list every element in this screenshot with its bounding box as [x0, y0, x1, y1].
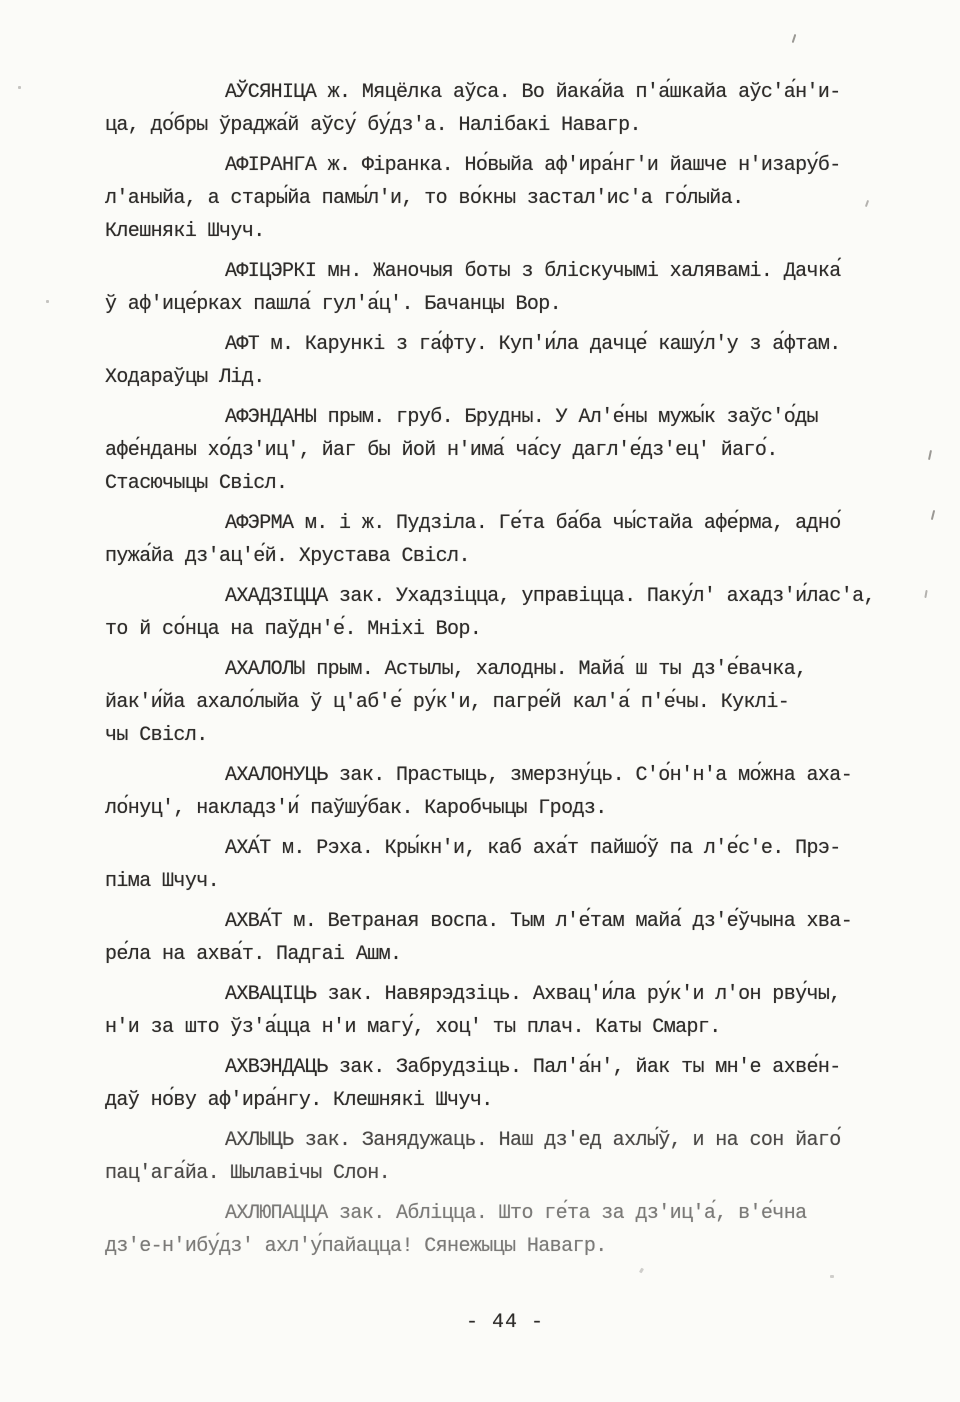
dictionary-entry-aft: АФТ м. Карункі з га́фту. Куп'и́ла дачце́… [105, 328, 905, 394]
entry-line: АХВА́Т м. Ветраная воспа. Тым л'е́там ма… [105, 905, 905, 938]
dictionary-entry-ahvacic: АХВАЦІЦЬ зак. Навярэдзіць. Ахвац'и́ла ру… [105, 978, 905, 1044]
entry-line: АЎСЯНІЦА ж. Мяцёлка аўса. Во йака́йа п'а… [105, 76, 905, 109]
entry-line: АХЛЫЦЬ зак. Занядужаць. Наш дз'ед ахлы́ў… [105, 1124, 905, 1157]
entry-line: то й со́нца на паўдн'е́. Мніхі Вор. [105, 613, 905, 646]
entry-line: АХЛЮПАЦЦА зак. Абліцца. Што ге́та за дз'… [105, 1197, 905, 1230]
entry-line: дз'е-н'ибу́дз' ахл'у́пайацца! Сянежыцы Н… [105, 1230, 905, 1263]
entry-line: пац'ага́йа. Шылавічы Слон. [105, 1157, 905, 1190]
entry-line: Ходараўцы Лід. [105, 361, 905, 394]
dictionary-entry-aferma: АФЭРМА м. і ж. Пудзіла. Ге́та ба́ба чы́с… [105, 507, 905, 573]
scan-speck [830, 1275, 834, 1278]
entry-line: АФЭРМА м. і ж. Пудзіла. Ге́та ба́ба чы́с… [105, 507, 905, 540]
scan-speck [931, 510, 935, 520]
dictionary-entry-afendany: АФЭНДАНЫ прым. груб. Брудны. У Ал'е́ны м… [105, 401, 905, 500]
entry-line: АФІЦЭРКІ мн. Жаночыя боты з бліскучымі х… [105, 255, 905, 288]
entry-line: Клешнякі Шчуч. [105, 215, 905, 248]
entry-line: ца, до́бры ўраджа́й аўсу́ бу́дз'а. Наліб… [105, 109, 905, 142]
dictionary-entry-ahlupacca: АХЛЮПАЦЦА зак. Абліцца. Што ге́та за дз'… [105, 1197, 905, 1263]
entry-line: йак'и́йа ахало́лыйа ў ц'аб'е́ ру́к'и, па… [105, 686, 905, 719]
dictionary-entry-ahlyc: АХЛЫЦЬ зак. Занядужаць. Наш дз'ед ахлы́ў… [105, 1124, 905, 1190]
entry-line: даў но́ву аф'ира́нгу. Клешнякі Шчуч. [105, 1084, 905, 1117]
dictionary-page: АЎСЯНІЦА ж. Мяцёлка аўса. Во йака́йа п'а… [105, 76, 905, 1334]
scan-speck [792, 34, 797, 43]
entry-line: АФІРАНГА ж. Фіранка. Но́выйа аф'ира́нг'и… [105, 149, 905, 182]
entry-line: чы Свісл. [105, 719, 905, 752]
entry-line: АХАЛОНУЦЬ зак. Прастыць, змерзну́ць. С'о… [105, 759, 905, 792]
scan-speck [924, 590, 927, 598]
entry-line: АХВАЦІЦЬ зак. Навярэдзіць. Ахвац'и́ла ру… [105, 978, 905, 1011]
entry-line: н'и за што ўз'а́цца н'и магу́, хоц' ты п… [105, 1011, 905, 1044]
entry-line: пужа́йа дз'ац'е́й. Хрустава Свісл. [105, 540, 905, 573]
entry-line: л'аныйа, а стары́йа памы́л'и, то во́кны … [105, 182, 905, 215]
entry-line: АХАЛОЛЫ прым. Астылы, халодны. Майа́ ш т… [105, 653, 905, 686]
dictionary-entry-ahat: АХА́Т м. Рэха. Кры́кн'и, каб аха́т пайшо… [105, 832, 905, 898]
entry-line: АХВЭНДАЦЬ зак. Забрудзіць. Пал'а́н', йак… [105, 1051, 905, 1084]
entry-line: Стасючыцы Свісл. [105, 467, 905, 500]
entry-line: АХАДЗІЦЦА зак. Ухадзіцца, управіцца. Пак… [105, 580, 905, 613]
entry-line: ў аф'ице́рках пашла́ гул'а́ц'. Бачанцы В… [105, 288, 905, 321]
entry-line: АФТ м. Карункі з га́фту. Куп'и́ла дачце́… [105, 328, 905, 361]
dictionary-entry-ahaloly: АХАЛОЛЫ прым. Астылы, халодны. Майа́ ш т… [105, 653, 905, 752]
page-number: - 44 - [105, 1311, 905, 1334]
entry-line: АХА́Т м. Рэха. Кры́кн'и, каб аха́т пайшо… [105, 832, 905, 865]
entry-line: ре́ла на ахва́т. Падгаі Ашм. [105, 938, 905, 971]
scan-speck [46, 300, 49, 303]
entry-line: ло́нуц', накладз'и́ паўшу́бак. Каробчыцы… [105, 792, 905, 825]
dictionary-entry-ausyanica: АЎСЯНІЦА ж. Мяцёлка аўса. Во йака́йа п'а… [105, 76, 905, 142]
dictionary-entry-ahvat: АХВА́Т м. Ветраная воспа. Тым л'е́там ма… [105, 905, 905, 971]
dictionary-entry-ahalonuc: АХАЛОНУЦЬ зак. Прастыць, змерзну́ць. С'о… [105, 759, 905, 825]
dictionary-entry-ahvendac: АХВЭНДАЦЬ зак. Забрудзіць. Пал'а́н', йак… [105, 1051, 905, 1117]
entry-line: піма Шчуч. [105, 865, 905, 898]
scan-speck [18, 86, 21, 89]
entry-line: афе́нданы хо́дз'иц', йаг бы йой н'има́ ч… [105, 434, 905, 467]
dictionary-entry-afiranga: АФІРАНГА ж. Фіранка. Но́выйа аф'ира́нг'и… [105, 149, 905, 248]
entry-line: АФЭНДАНЫ прым. груб. Брудны. У Ал'е́ны м… [105, 401, 905, 434]
scan-speck [928, 450, 932, 460]
dictionary-entry-aficerki: АФІЦЭРКІ мн. Жаночыя боты з бліскучымі х… [105, 255, 905, 321]
dictionary-entry-ahadzicca: АХАДЗІЦЦА зак. Ухадзіцца, управіцца. Пак… [105, 580, 905, 646]
